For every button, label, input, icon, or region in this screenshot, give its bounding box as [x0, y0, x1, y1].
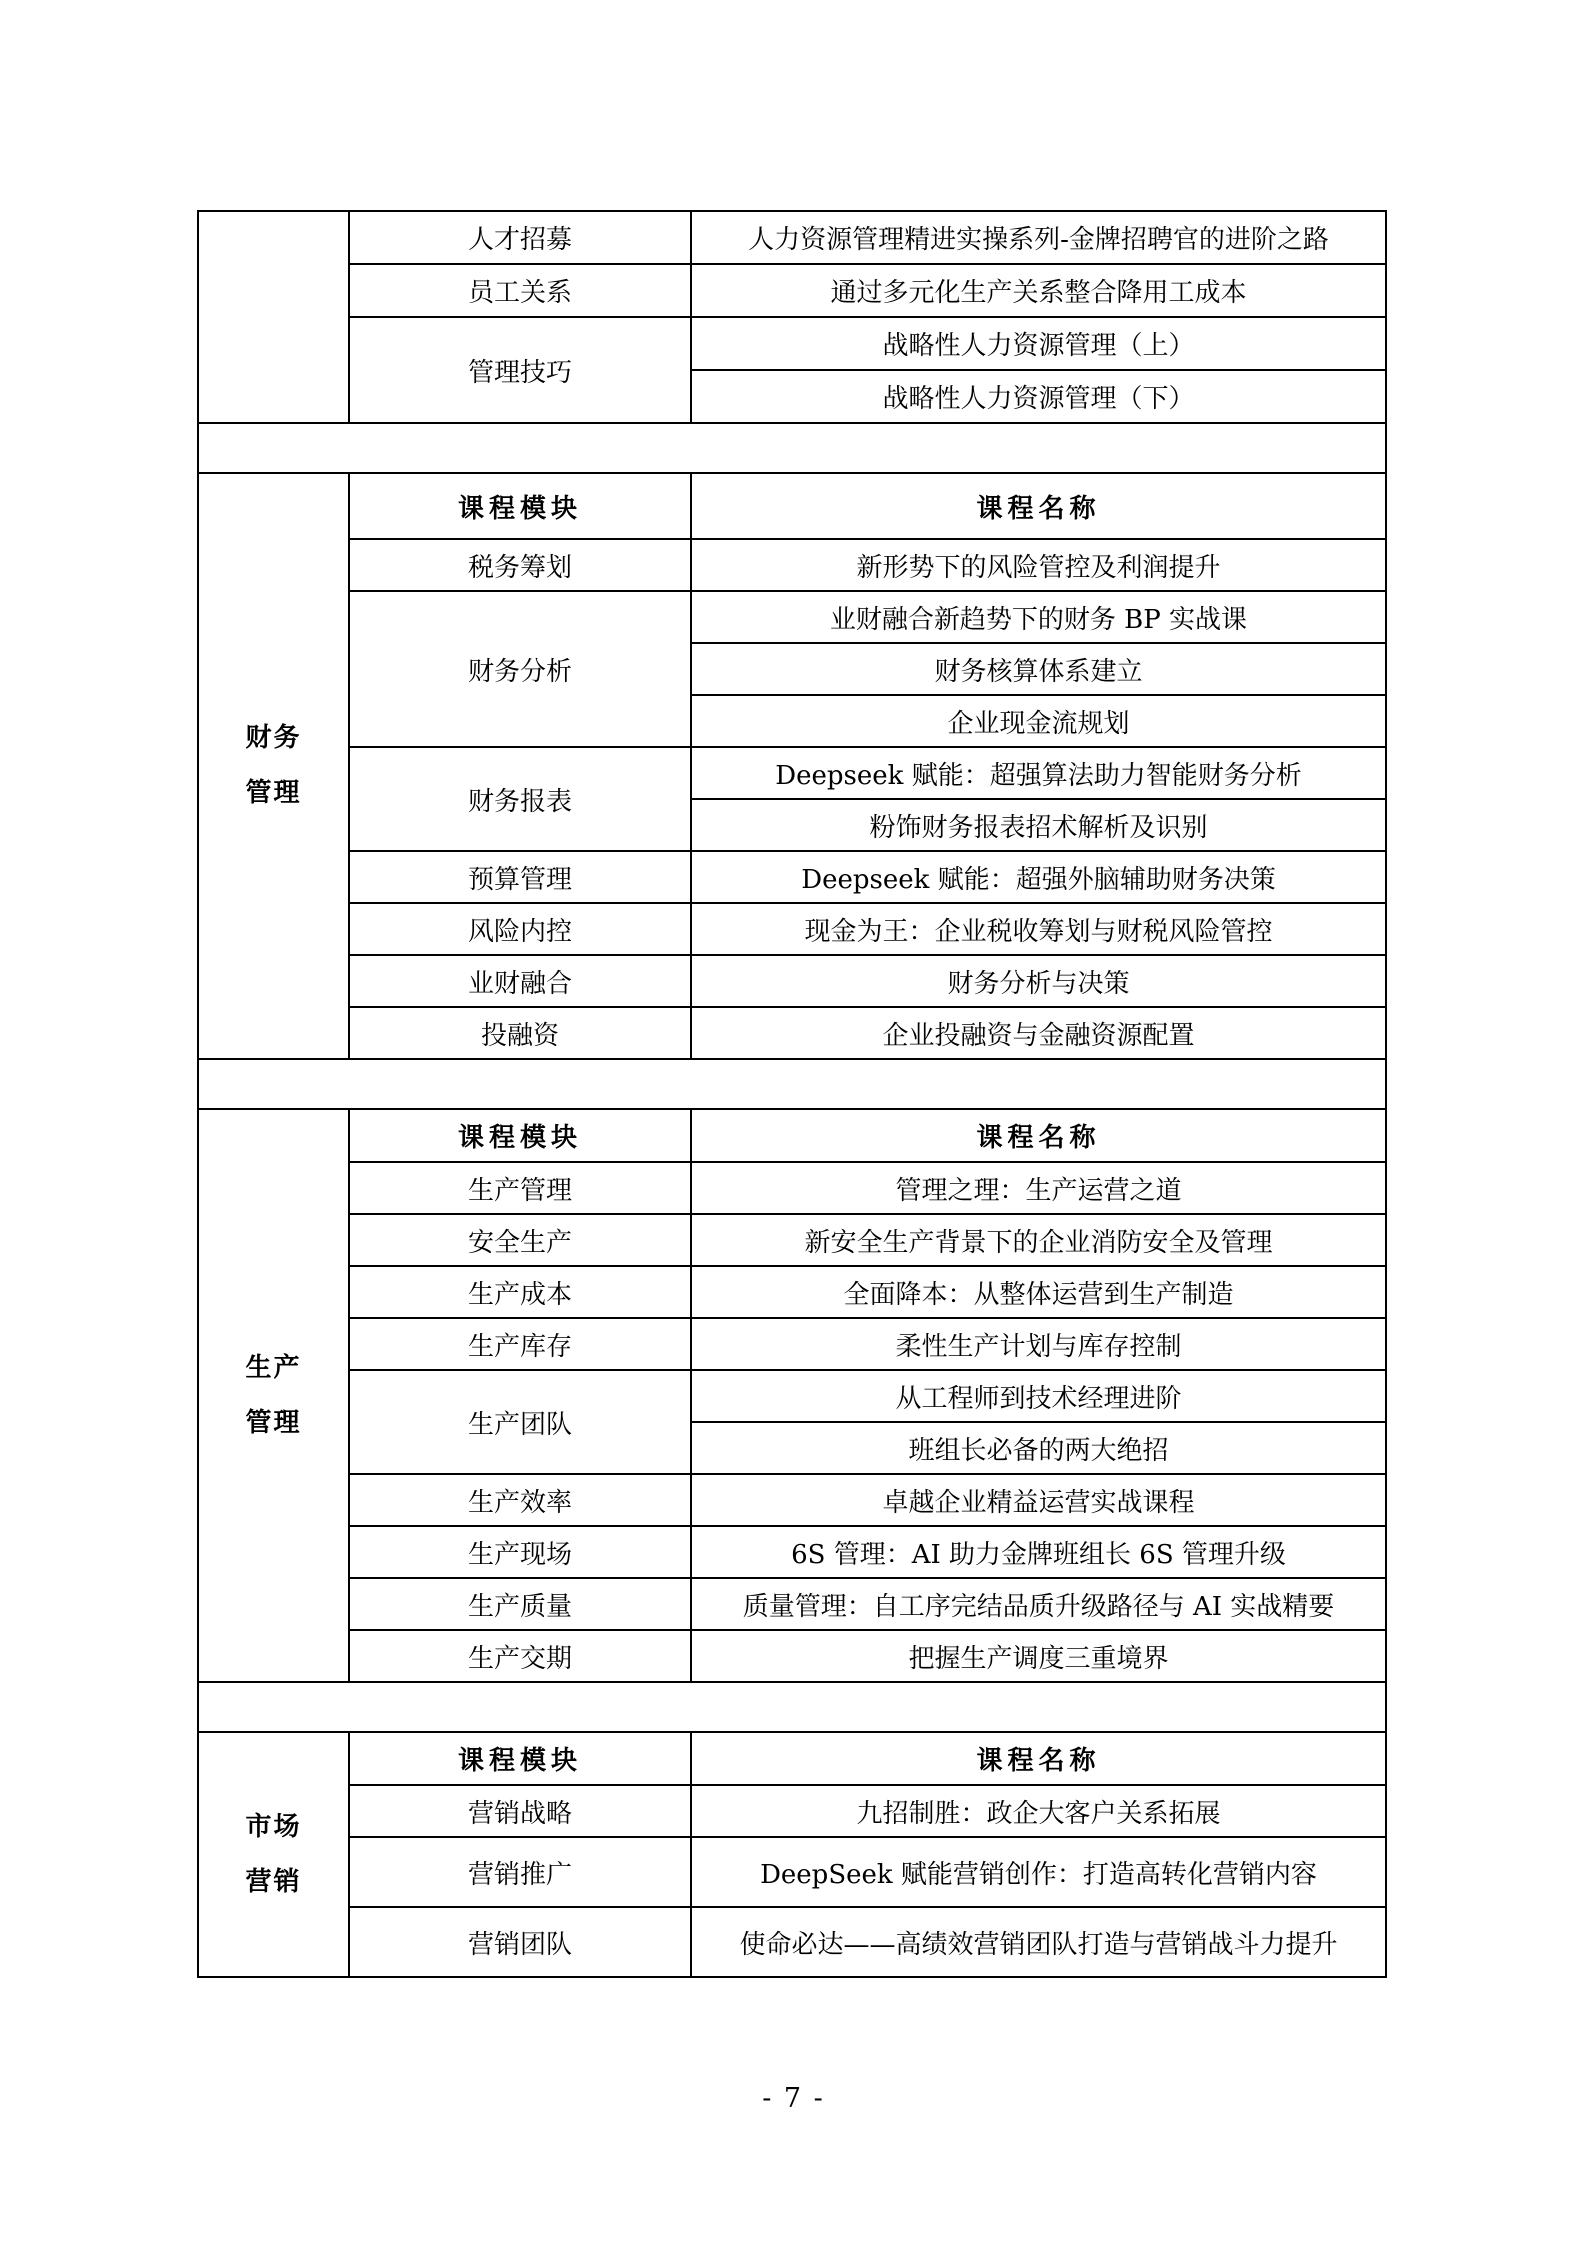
table-row: 业财融合财务分析与决策	[198, 955, 1386, 1007]
category-cell: 财务管理	[198, 473, 349, 1059]
table-row: 生产交期把握生产调度三重境界	[198, 1630, 1386, 1682]
module-cell: 生产效率	[349, 1474, 691, 1526]
course-name-cell: 6S 管理：AI 助力金牌班组长 6S 管理升级	[691, 1526, 1386, 1578]
module-cell: 员工关系	[349, 264, 691, 317]
course-name-cell: 战略性人力资源管理（上）	[691, 317, 1386, 370]
table-row: 生产库存柔性生产计划与库存控制	[198, 1318, 1386, 1370]
table-row: 生产效率卓越企业精益运营实战课程	[198, 1474, 1386, 1526]
module-cell: 生产管理	[349, 1162, 691, 1214]
course-name-cell: 人力资源管理精进实操系列-金牌招聘官的进阶之路	[691, 211, 1386, 264]
document-page: 人才招募人力资源管理精进实操系列-金牌招聘官的进阶之路员工关系通过多元化生产关系…	[0, 0, 1587, 2245]
table-row: 生产团队从工程师到技术经理进阶	[198, 1370, 1386, 1422]
module-cell: 生产现场	[349, 1526, 691, 1578]
course-name-cell: 把握生产调度三重境界	[691, 1630, 1386, 1682]
course-name-cell: 使命必达——高绩效营销团队打造与营销战斗力提升	[691, 1907, 1386, 1977]
course-name-cell: 企业投融资与金融资源配置	[691, 1007, 1386, 1059]
table-row	[198, 423, 1386, 473]
name-column-header: 课程名称	[691, 473, 1386, 539]
course-name-cell: 九招制胜：政企大客户关系拓展	[691, 1785, 1386, 1837]
category-cell: 市场营销	[198, 1732, 349, 1977]
category-label: 财务管理	[245, 711, 302, 820]
table-row: 营销战略九招制胜：政企大客户关系拓展	[198, 1785, 1386, 1837]
table-row: 税务筹划新形势下的风险管控及利润提升	[198, 539, 1386, 591]
course-name-cell: 新形势下的风险管控及利润提升	[691, 539, 1386, 591]
table-row: 生产质量质量管理：自工序完结品质升级路径与 AI 实战精要	[198, 1578, 1386, 1630]
table-row: 生产成本全面降本：从整体运营到生产制造	[198, 1266, 1386, 1318]
course-name-cell: 全面降本：从整体运营到生产制造	[691, 1266, 1386, 1318]
table-row: 财务报表Deepseek 赋能：超强算法助力智能财务分析	[198, 747, 1386, 799]
module-cell: 生产库存	[349, 1318, 691, 1370]
module-cell: 人才招募	[349, 211, 691, 264]
table-row: 生产管理管理之理：生产运营之道	[198, 1162, 1386, 1214]
table-row: 财务管理课程模块课程名称	[198, 473, 1386, 539]
course-name-cell: Deepseek 赋能：超强外脑辅助财务决策	[691, 851, 1386, 903]
category-cell	[198, 211, 349, 423]
table-row: 投融资企业投融资与金融资源配置	[198, 1007, 1386, 1059]
module-cell: 业财融合	[349, 955, 691, 1007]
table-row: 财务分析业财融合新趋势下的财务 BP 实战课	[198, 591, 1386, 643]
module-cell: 生产团队	[349, 1370, 691, 1474]
module-cell: 管理技巧	[349, 317, 691, 423]
module-cell: 税务筹划	[349, 539, 691, 591]
name-column-header: 课程名称	[691, 1109, 1386, 1162]
course-table: 人才招募人力资源管理精进实操系列-金牌招聘官的进阶之路员工关系通过多元化生产关系…	[197, 210, 1387, 1978]
category-label: 市场营销	[245, 1800, 302, 1909]
table-row: 预算管理Deepseek 赋能：超强外脑辅助财务决策	[198, 851, 1386, 903]
name-column-header: 课程名称	[691, 1732, 1386, 1785]
course-name-cell: 柔性生产计划与库存控制	[691, 1318, 1386, 1370]
course-name-cell: 战略性人力资源管理（下）	[691, 370, 1386, 423]
table-row: 营销团队使命必达——高绩效营销团队打造与营销战斗力提升	[198, 1907, 1386, 1977]
table-row: 安全生产新安全生产背景下的企业消防安全及管理	[198, 1214, 1386, 1266]
module-cell: 财务报表	[349, 747, 691, 851]
table-row: 市场营销课程模块课程名称	[198, 1732, 1386, 1785]
page-number: - 7 -	[0, 2083, 1587, 2114]
module-cell: 生产质量	[349, 1578, 691, 1630]
table-row	[198, 1682, 1386, 1732]
table-row	[198, 1059, 1386, 1109]
course-name-cell: 卓越企业精益运营实战课程	[691, 1474, 1386, 1526]
course-name-cell: 企业现金流规划	[691, 695, 1386, 747]
table-row: 管理技巧战略性人力资源管理（上）	[198, 317, 1386, 370]
table-section: 市场营销课程模块课程名称营销战略九招制胜：政企大客户关系拓展营销推广DeepSe…	[198, 1732, 1386, 1977]
section-spacer-row	[198, 1682, 1386, 1732]
table-row: 员工关系通过多元化生产关系整合降用工成本	[198, 264, 1386, 317]
category-label: 生产管理	[245, 1341, 302, 1450]
module-column-header: 课程模块	[349, 1109, 691, 1162]
course-name-cell: 财务核算体系建立	[691, 643, 1386, 695]
module-cell: 预算管理	[349, 851, 691, 903]
module-column-header: 课程模块	[349, 1732, 691, 1785]
module-cell: 财务分析	[349, 591, 691, 747]
course-name-cell: 现金为王：企业税收筹划与财税风险管控	[691, 903, 1386, 955]
module-cell: 安全生产	[349, 1214, 691, 1266]
module-cell: 投融资	[349, 1007, 691, 1059]
module-cell: 营销战略	[349, 1785, 691, 1837]
section-spacer-row	[198, 1059, 1386, 1109]
course-name-cell: 新安全生产背景下的企业消防安全及管理	[691, 1214, 1386, 1266]
module-cell: 营销推广	[349, 1837, 691, 1907]
table-row: 生产现场6S 管理：AI 助力金牌班组长 6S 管理升级	[198, 1526, 1386, 1578]
module-cell: 生产成本	[349, 1266, 691, 1318]
course-name-cell: 管理之理：生产运营之道	[691, 1162, 1386, 1214]
table-row: 营销推广DeepSeek 赋能营销创作：打造高转化营销内容	[198, 1837, 1386, 1907]
module-cell: 生产交期	[349, 1630, 691, 1682]
course-name-cell: 财务分析与决策	[691, 955, 1386, 1007]
course-name-cell: DeepSeek 赋能营销创作：打造高转化营销内容	[691, 1837, 1386, 1907]
course-name-cell: 粉饰财务报表招术解析及识别	[691, 799, 1386, 851]
course-name-cell: 班组长必备的两大绝招	[691, 1422, 1386, 1474]
module-cell: 风险内控	[349, 903, 691, 955]
course-name-cell: 质量管理：自工序完结品质升级路径与 AI 实战精要	[691, 1578, 1386, 1630]
module-cell: 营销团队	[349, 1907, 691, 1977]
course-name-cell: 通过多元化生产关系整合降用工成本	[691, 264, 1386, 317]
table-row: 生产管理课程模块课程名称	[198, 1109, 1386, 1162]
course-name-cell: Deepseek 赋能：超强算法助力智能财务分析	[691, 747, 1386, 799]
table-section: 生产管理课程模块课程名称生产管理管理之理：生产运营之道安全生产新安全生产背景下的…	[198, 1109, 1386, 1682]
course-name-cell: 从工程师到技术经理进阶	[691, 1370, 1386, 1422]
module-column-header: 课程模块	[349, 473, 691, 539]
table-section: 人才招募人力资源管理精进实操系列-金牌招聘官的进阶之路员工关系通过多元化生产关系…	[198, 211, 1386, 423]
table-row: 风险内控现金为王：企业税收筹划与财税风险管控	[198, 903, 1386, 955]
table-section: 财务管理课程模块课程名称税务筹划新形势下的风险管控及利润提升财务分析业财融合新趋…	[198, 473, 1386, 1059]
course-name-cell: 业财融合新趋势下的财务 BP 实战课	[691, 591, 1386, 643]
section-spacer-row	[198, 423, 1386, 473]
table-row: 人才招募人力资源管理精进实操系列-金牌招聘官的进阶之路	[198, 211, 1386, 264]
category-cell: 生产管理	[198, 1109, 349, 1682]
